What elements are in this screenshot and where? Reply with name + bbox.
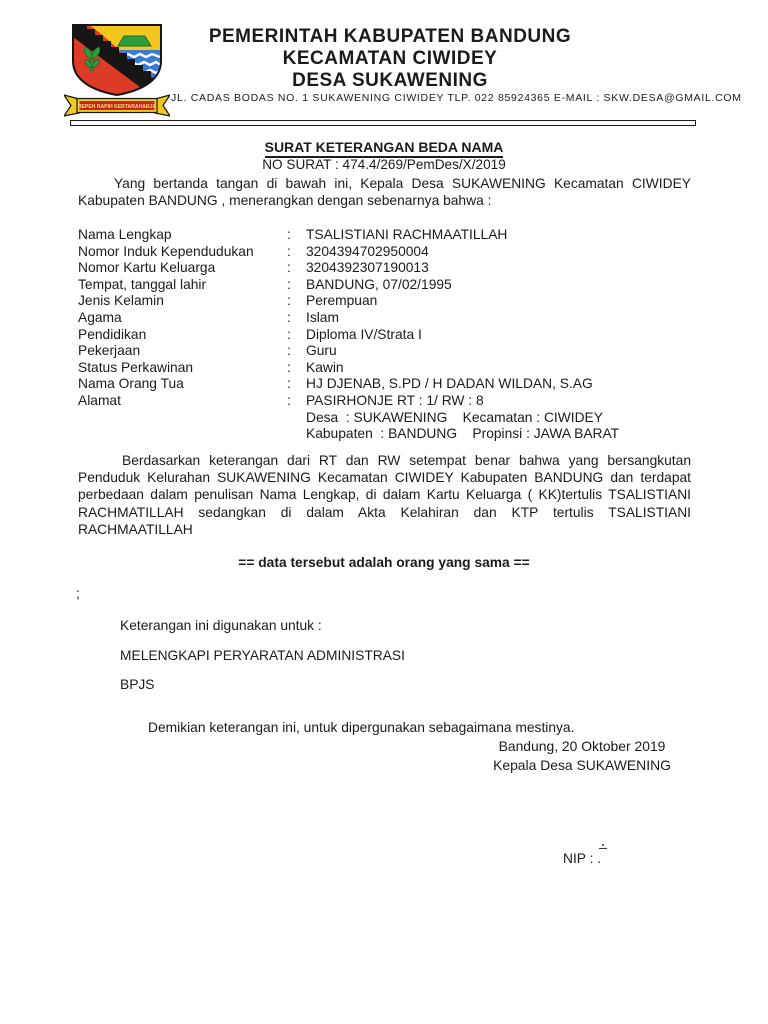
usage-intro: Keterangan ini digunakan untuk : <box>120 618 322 633</box>
org-line-1: PEMERINTAH KABUPATEN BANDUNG <box>85 26 695 48</box>
same-person-statement: == data tersebut adalah orang yang sama … <box>78 555 690 570</box>
body-paragraph: Berdasarkan keterangan dari RT dan RW se… <box>78 452 691 538</box>
letter-page: REPEH RAPIH KERTARAHARJA PEMERINTAH KABU… <box>0 0 768 1024</box>
closing-sentence: Demikian keterangan ini, untuk diperguna… <box>148 720 574 735</box>
field-row-jenis-kelamin: Jenis Kelamin : Perempuan <box>78 293 696 310</box>
usage-item-1: MELENGKAPI PERYARATAN ADMINISTRASI <box>120 648 405 663</box>
field-colon: : <box>287 227 306 244</box>
motto-ribbon: REPEH RAPIH KERTARAHARJA <box>64 95 170 116</box>
field-colon: : <box>287 244 306 261</box>
person-fields: Nama Lengkap : TSALISTIANI RACHMAATILLAH… <box>78 227 696 443</box>
field-colon: : <box>287 293 306 310</box>
field-row-nama-lengkap: Nama Lengkap : TSALISTIANI RACHMAATILLAH <box>78 227 696 244</box>
field-label: Tempat, tanggal lahir <box>78 277 287 294</box>
field-colon: : <box>287 260 306 277</box>
stray-mark <box>599 848 607 849</box>
usage-item-2: BPJS <box>120 677 155 692</box>
field-label: Pendidikan <box>78 327 287 344</box>
field-row-nik: Nomor Induk Kependudukan : 3204394702950… <box>78 244 696 261</box>
field-label: Nama Orang Tua <box>78 376 287 393</box>
field-colon: : <box>287 360 306 377</box>
field-label: Alamat <box>78 393 287 410</box>
alamat-kabupaten-propinsi: Kabupaten : BANDUNG Propinsi : JAWA BARA… <box>78 426 696 443</box>
field-colon: : <box>287 310 306 327</box>
field-row-status-perkawinan: Status Perkawinan : Kawin <box>78 360 696 377</box>
letterhead: PEMERINTAH KABUPATEN BANDUNG KECAMATAN C… <box>85 26 695 92</box>
field-label: Nomor Kartu Keluarga <box>78 260 287 277</box>
field-value: Diploma IV/Strata I <box>306 327 696 344</box>
field-row-ttl: Tempat, tanggal lahir : BANDUNG, 07/02/1… <box>78 277 696 294</box>
org-line-2: KECAMATAN CIWIDEY <box>85 48 695 70</box>
field-row-kk: Nomor Kartu Keluarga : 3204392307190013 <box>78 260 696 277</box>
letterhead-address: JL. CADAS BODAS NO. 1 SUKAWENING CIWIDEY… <box>171 92 742 104</box>
field-value: 3204392307190013 <box>306 260 696 277</box>
field-label: Agama <box>78 310 287 327</box>
field-value: Perempuan <box>306 293 696 310</box>
place-date: Bandung, 20 Oktober 2019 <box>462 737 702 756</box>
letter-number: NO SURAT : 474.4/269/PemDes/X/2019 <box>78 157 690 172</box>
field-value: BANDUNG, 07/02/1995 <box>306 277 696 294</box>
field-value: Islam <box>306 310 696 327</box>
intro-paragraph: Yang bertanda tangan di bawah ini, Kepal… <box>78 175 691 209</box>
field-value: TSALISTIANI RACHMAATILLAH <box>306 227 696 244</box>
signature-block: Bandung, 20 Oktober 2019 Kepala Desa SUK… <box>462 737 702 774</box>
field-colon: : <box>287 376 306 393</box>
field-row-alamat: Alamat : PASIRHONJE RT : 1/ RW : 8 <box>78 393 696 410</box>
field-colon: : <box>287 327 306 344</box>
field-row-pendidikan: Pendidikan : Diploma IV/Strata I <box>78 327 696 344</box>
field-value: PASIRHONJE RT : 1/ RW : 8 <box>306 393 696 410</box>
field-label: Nomor Induk Kependudukan <box>78 244 287 261</box>
field-label: Nama Lengkap <box>78 227 287 244</box>
motto-text: REPEH RAPIH KERTARAHARJA <box>78 104 157 110</box>
stray-semicolon: ; <box>76 586 80 601</box>
nip-label: NIP : . <box>563 851 601 866</box>
field-colon: : <box>287 343 306 360</box>
letter-title: SURAT KETERANGAN BEDA NAMA <box>78 139 690 155</box>
letterhead-divider <box>70 120 696 126</box>
field-colon: : <box>287 277 306 294</box>
field-row-pekerjaan: Pekerjaan : Guru <box>78 343 696 360</box>
field-row-agama: Agama : Islam <box>78 310 696 327</box>
field-value: HJ DJENAB, S.PD / H DADAN WILDAN, S.AG <box>306 376 696 393</box>
field-value: Guru <box>306 343 696 360</box>
field-row-orang-tua: Nama Orang Tua : HJ DJENAB, S.PD / H DAD… <box>78 376 696 393</box>
signer-title: Kepala Desa SUKAWENING <box>462 756 702 775</box>
field-label: Status Perkawinan <box>78 360 287 377</box>
field-value: 3204394702950004 <box>306 244 696 261</box>
field-label: Pekerjaan <box>78 343 287 360</box>
field-colon: : <box>287 393 306 410</box>
field-value: Kawin <box>306 360 696 377</box>
alamat-desa-kecamatan: Desa : SUKAWENING Kecamatan : CIWIDEY <box>78 410 696 427</box>
org-line-3: DESA SUKAWENING <box>85 70 695 92</box>
field-label: Jenis Kelamin <box>78 293 287 310</box>
